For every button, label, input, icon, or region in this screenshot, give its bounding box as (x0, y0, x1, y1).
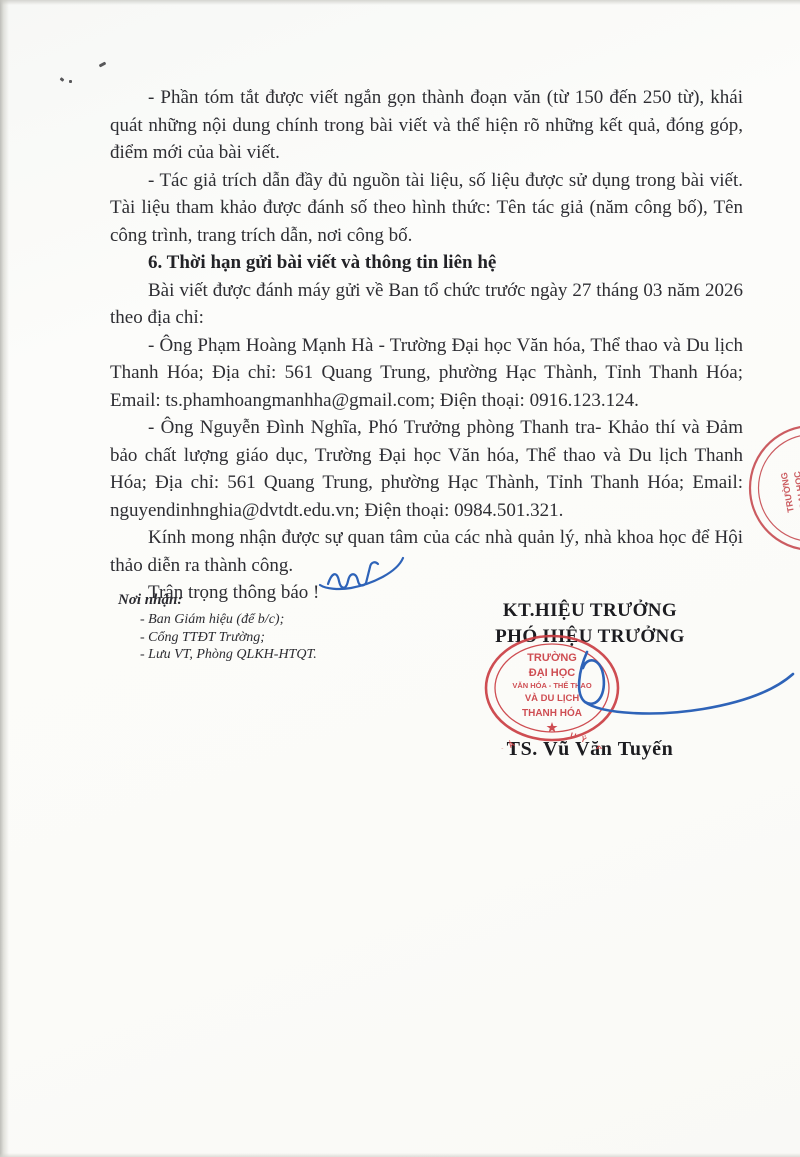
recipients-block: Nơi nhận: - Ban Giám hiệu (để b/c); - Cổ… (118, 592, 317, 664)
ink-speck (60, 77, 65, 82)
paragraph-closing-wish: Kính mong nhận được sự quan tâm của các … (110, 524, 743, 579)
recipients-list: - Ban Giám hiệu (để b/c); - Cổng TTĐT Tr… (118, 611, 317, 664)
scanned-document-page: - Phần tóm tắt được viết ngắn gọn thành … (0, 0, 800, 1157)
recipient-item: - Lưu VT, Phòng QLKH-HTQT. (140, 646, 317, 664)
signature-stroke (535, 618, 800, 718)
paragraph-contact-2: - Ông Nguyễn Đình Nghĩa, Phó Trưởng phòn… (110, 414, 743, 524)
recipients-label: Nơi nhận: (118, 592, 317, 609)
recipient-item: - Ban Giám hiệu (để b/c); (140, 611, 317, 629)
edge-seal: UỶ BAN NHÂN DÂN TỈNH THANH HOÁ TRƯỜNG ĐẠ… (712, 388, 800, 588)
scan-bottom-edge (0, 1153, 800, 1157)
paragraph-abstract-rule: - Phần tóm tắt được viết ngắn gọn thành … (110, 84, 743, 167)
section-heading-deadline: 6. Thời hạn gửi bài viết và thông tin li… (110, 249, 743, 277)
ink-speck (99, 62, 107, 68)
ink-speck (69, 80, 72, 83)
seal-star (547, 722, 558, 732)
paragraph-citation-rule: - Tác giả trích dẫn đầy đủ nguồn tài liệ… (110, 167, 743, 250)
document-body: - Phần tóm tắt được viết ngắn gọn thành … (110, 84, 743, 607)
initial-squiggle (313, 553, 413, 601)
paragraph-contact-1: - Ông Phạm Hoàng Mạnh Hà - Trường Đại họ… (110, 332, 743, 415)
recipient-item: - Cổng TTĐT Trường; (140, 629, 317, 647)
paragraph-deadline: Bài viết được đánh máy gửi về Ban tổ chứ… (110, 277, 743, 332)
